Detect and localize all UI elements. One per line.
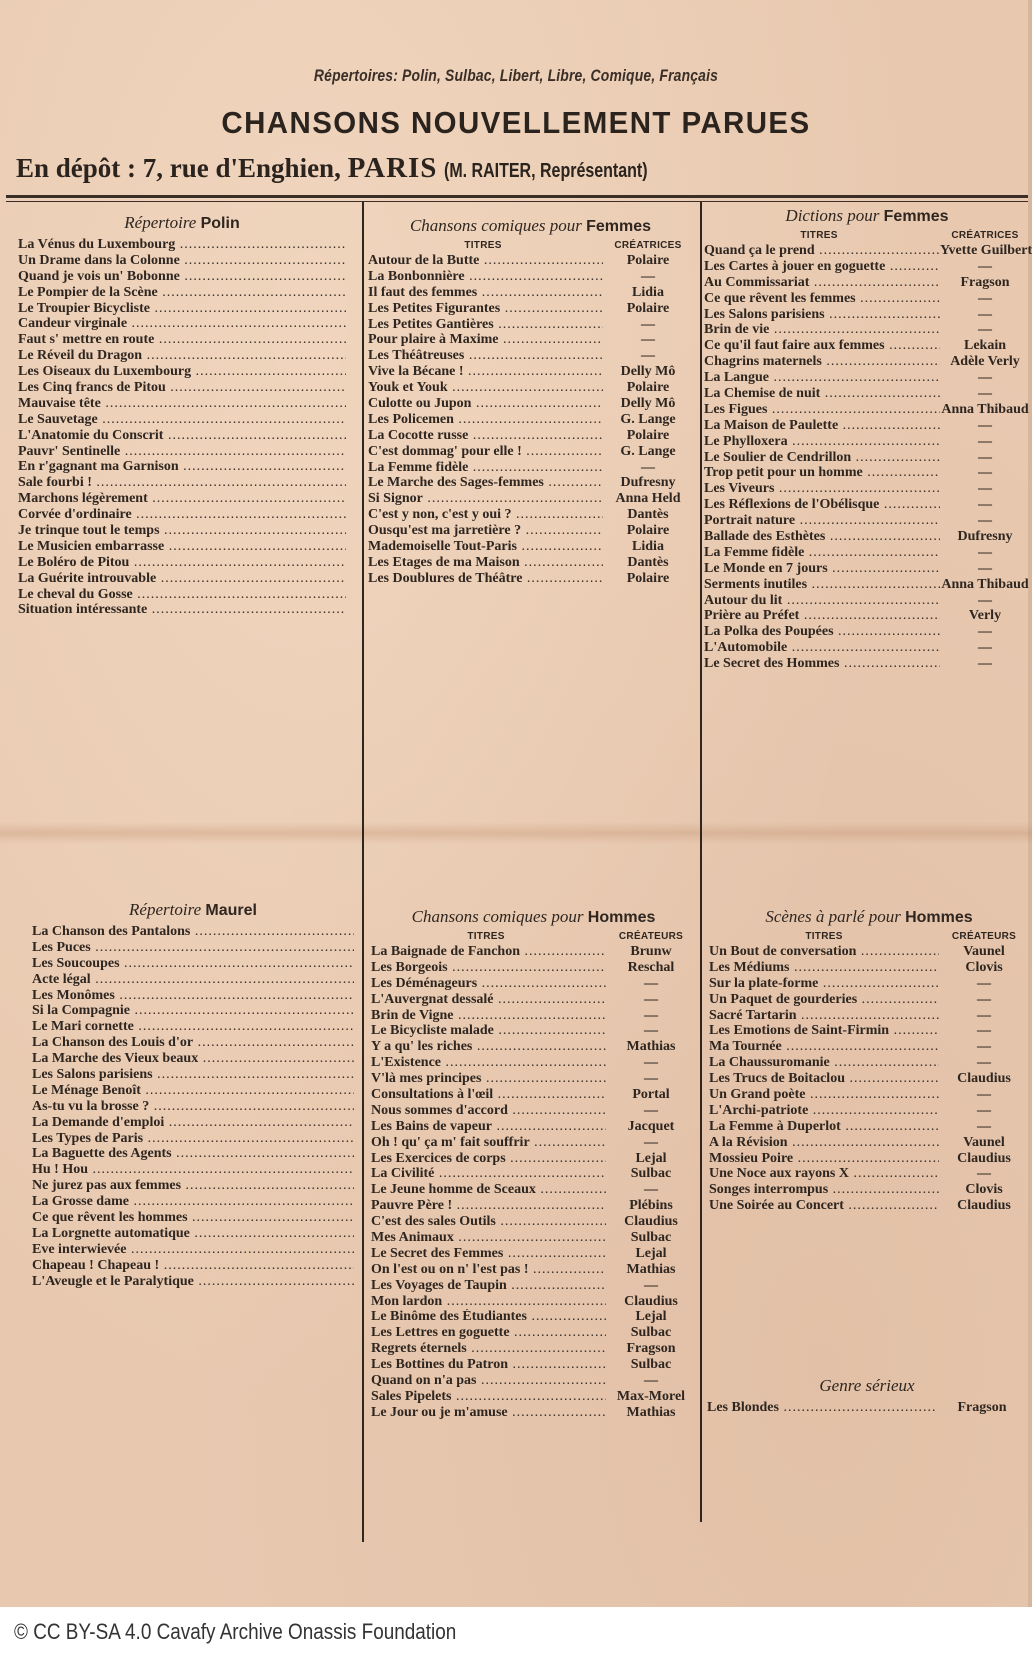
list-item: Il faut des femmesLidia bbox=[368, 285, 693, 301]
list-item: Mauvaise tête bbox=[18, 396, 346, 412]
column-headers: TITRES CRÉATEURS bbox=[709, 931, 1029, 942]
list-item: Quand ça le prendYvette Guilbert bbox=[704, 243, 1030, 259]
list-item: La Grosse dame bbox=[32, 1194, 354, 1210]
song-title: Les Puces bbox=[32, 940, 354, 956]
list-item: Une Noce aux rayons X— bbox=[709, 1166, 1029, 1182]
creator-name: — bbox=[606, 976, 696, 992]
song-title: Brin de vie bbox=[704, 322, 940, 338]
song-title: Consultations à l'œil bbox=[371, 1087, 606, 1103]
section-title: Répertoire Maurel bbox=[32, 900, 354, 920]
document-page: Répertoires: Polin, Sulbac, Libert, Libr… bbox=[0, 0, 1032, 1607]
creator-name: Lekain bbox=[940, 338, 1030, 354]
creator-name: — bbox=[939, 1087, 1029, 1103]
list-item: Je trinque tout le temps bbox=[18, 523, 346, 539]
list-item: Serments inutilesAnna Thibaud bbox=[704, 577, 1030, 593]
song-title: Les Types de Paris bbox=[32, 1131, 354, 1147]
song-title: Ballade des Esthètes bbox=[704, 529, 940, 545]
song-title: Le Marche des Sages-femmes bbox=[368, 475, 603, 491]
song-title: Les Borgeois bbox=[371, 960, 606, 976]
list-item: Culotte ou JuponDelly Mô bbox=[368, 396, 693, 412]
list-item: Brin de vie— bbox=[704, 322, 1030, 338]
list-item: Si la Compagnie bbox=[32, 1003, 354, 1019]
song-title: Quand ça le prend bbox=[704, 243, 940, 259]
list-item: Hu ! Hou bbox=[32, 1162, 354, 1178]
list-item: Le Jeune homme de Sceaux— bbox=[371, 1182, 696, 1198]
creator-name: Verly bbox=[940, 608, 1030, 624]
song-title: Si la Compagnie bbox=[32, 1003, 354, 1019]
copyright-credit: © CC BY-SA 4.0 Cavafy Archive Onassis Fo… bbox=[14, 1619, 456, 1645]
list-item: Les Bains de vapeurJacquet bbox=[371, 1119, 696, 1135]
creator-name: — bbox=[940, 545, 1030, 561]
list-item: Le Ménage Benoît bbox=[32, 1083, 354, 1099]
repertoires-line: Répertoires: Polin, Sulbac, Libert, Libr… bbox=[93, 66, 939, 86]
section-genre-serieux: Genre sérieux Les BlondesFragson bbox=[707, 1376, 1027, 1416]
list-item: La Maison de Paulette— bbox=[704, 418, 1030, 434]
creator-name: Plébins bbox=[606, 1198, 696, 1214]
list-item: Les Emotions de Saint-Firmin— bbox=[709, 1023, 1029, 1039]
song-title: Ne jurez pas aux femmes bbox=[32, 1178, 354, 1194]
song-title: Les Bains de vapeur bbox=[371, 1119, 606, 1135]
section-repertoire-maurel: Répertoire Maurel La Chanson des Pantalo… bbox=[32, 900, 354, 1289]
list-item: Le Troupier Bicycliste bbox=[18, 301, 346, 317]
creator-name: Sulbac bbox=[606, 1230, 696, 1246]
song-title: Pauvre Père ! bbox=[371, 1198, 606, 1214]
song-title: Les Monômes bbox=[32, 988, 354, 1004]
list-item: Les FiguesAnna Thibaud bbox=[704, 402, 1030, 418]
creator-name: — bbox=[939, 1103, 1029, 1119]
creator-name: — bbox=[606, 1071, 696, 1087]
creator-name: — bbox=[606, 1103, 696, 1119]
song-title: Les Cinq francs de Pitou bbox=[18, 380, 346, 396]
song-title: Faut s' mettre en route bbox=[18, 332, 346, 348]
song-title: Les Théâtreuses bbox=[368, 348, 603, 364]
song-title: Autour du lit bbox=[704, 593, 940, 609]
creator-name: — bbox=[939, 1119, 1029, 1135]
list-item: Consultations à l'œilPortal bbox=[371, 1087, 696, 1103]
list-item: Sur la plate-forme— bbox=[709, 976, 1029, 992]
list-item: Le Jour ou je m'amuseMathias bbox=[371, 1405, 696, 1421]
list-item: L'Automobile— bbox=[704, 640, 1030, 656]
creator-name: Yvette Guilbert bbox=[940, 243, 1030, 259]
song-title: V'là mes principes bbox=[371, 1071, 606, 1087]
creator-name: Delly Mô bbox=[603, 364, 693, 380]
song-title: Les Soucoupes bbox=[32, 956, 354, 972]
song-title: L'Archi-patriote bbox=[709, 1103, 939, 1119]
depot-address-line: En dépôt : 7, rue d'Enghien, PARIS (M. R… bbox=[16, 152, 1026, 185]
song-title: Serments inutiles bbox=[704, 577, 940, 593]
song-title: La Civilité bbox=[371, 1166, 606, 1182]
creator-name: Polaire bbox=[603, 380, 693, 396]
creator-name: Polaire bbox=[603, 428, 693, 444]
song-title: Une Noce aux rayons X bbox=[709, 1166, 939, 1182]
list-item: Ma Tournée— bbox=[709, 1039, 1029, 1055]
creator-name: — bbox=[606, 992, 696, 1008]
list-item: Pauvre Père !Plébins bbox=[371, 1198, 696, 1214]
list-item: La Guérite introuvable bbox=[18, 571, 346, 587]
creator-name: Sulbac bbox=[606, 1166, 696, 1182]
creator-name: — bbox=[603, 460, 693, 476]
song-title: Les Lettres en goguette bbox=[371, 1325, 606, 1341]
song-title: La Bonbonnière bbox=[368, 269, 603, 285]
list-item: Les BorgeoisReschal bbox=[371, 960, 696, 976]
list-item: Ousqu'est ma jarretière ?Polaire bbox=[368, 523, 693, 539]
creator-name: Sulbac bbox=[606, 1357, 696, 1373]
section-title: Scènes à parlé pour Hommes bbox=[709, 907, 1029, 927]
creator-name: — bbox=[603, 317, 693, 333]
list-item: La Chanson des Louis d'or bbox=[32, 1035, 354, 1051]
song-title: Vive la Bécane ! bbox=[368, 364, 603, 380]
list-item: Les Types de Paris bbox=[32, 1131, 354, 1147]
song-title: La Langue bbox=[704, 370, 940, 386]
song-title: Trop petit pour un homme bbox=[704, 465, 940, 481]
list-item: Brin de Vigne— bbox=[371, 1008, 696, 1024]
list-item: Ne jurez pas aux femmes bbox=[32, 1178, 354, 1194]
song-title: Ce que rêvent les hommes bbox=[32, 1210, 354, 1226]
list-item: Le Réveil du Dragon bbox=[18, 348, 346, 364]
song-title: Le Jeune homme de Sceaux bbox=[371, 1182, 606, 1198]
list-item: Le Secret des Hommes— bbox=[704, 656, 1030, 672]
creator-name: — bbox=[606, 1055, 696, 1071]
creator-name: Portal bbox=[606, 1087, 696, 1103]
song-title: On l'est ou on n' l'est pas ! bbox=[371, 1262, 606, 1278]
list-item: Sacré Tartarin— bbox=[709, 1008, 1029, 1024]
list-item: Les MédiumsClovis bbox=[709, 960, 1029, 976]
creator-name: — bbox=[940, 434, 1030, 450]
list-item: Candeur virginale bbox=[18, 316, 346, 332]
song-title: Mademoiselle Tout-Paris bbox=[368, 539, 603, 555]
list-item: Les Monômes bbox=[32, 988, 354, 1004]
song-title: L'Existence bbox=[371, 1055, 606, 1071]
song-title: Le Mari cornette bbox=[32, 1019, 354, 1035]
section-title: Chansons comiques pour Femmes bbox=[368, 216, 693, 236]
song-title: Les Réflexions de l'Obélisque bbox=[704, 497, 940, 513]
song-title: Mes Animaux bbox=[371, 1230, 606, 1246]
song-title: Je trinque tout le temps bbox=[18, 523, 346, 539]
list-item: Regrets éternelsFragson bbox=[371, 1341, 696, 1357]
song-title: Ousqu'est ma jarretière ? bbox=[368, 523, 603, 539]
section-chansons-hommes: Chansons comiques pour Hommes TITRES CRÉ… bbox=[371, 907, 696, 1421]
list-item: On l'est ou on n' l'est pas !Mathias bbox=[371, 1262, 696, 1278]
column-headers: TITRES CRÉATRICES bbox=[368, 240, 693, 251]
creator-name: — bbox=[606, 1373, 696, 1389]
creator-name: — bbox=[940, 322, 1030, 338]
fold-stain bbox=[0, 822, 1032, 844]
creator-name: Adèle Verly bbox=[940, 354, 1030, 370]
list-item: Le cheval du Gosse bbox=[18, 587, 346, 603]
song-title: Portrait nature bbox=[704, 513, 940, 529]
creator-name: Fragson bbox=[606, 1341, 696, 1357]
song-title: Prière au Préfet bbox=[704, 608, 940, 624]
list-item: Sale fourbi ! bbox=[18, 475, 346, 491]
list-item: Le Monde en 7 jours— bbox=[704, 561, 1030, 577]
creator-name: Anna Held bbox=[603, 491, 693, 507]
creator-name: — bbox=[940, 259, 1030, 275]
list-item: Songes interrompusClovis bbox=[709, 1182, 1029, 1198]
list-item: La Polka des Poupées— bbox=[704, 624, 1030, 640]
list-item: Mes AnimauxSulbac bbox=[371, 1230, 696, 1246]
song-title: Un Bout de conversation bbox=[709, 944, 939, 960]
list-item: La Chaussuromanie— bbox=[709, 1055, 1029, 1071]
song-title: Les Petites Gantières bbox=[368, 317, 603, 333]
creator-name: — bbox=[940, 593, 1030, 609]
list-item: La Marche des Vieux beaux bbox=[32, 1051, 354, 1067]
list-item: Pauvr' Sentinelle bbox=[18, 444, 346, 460]
list-item: Ce que rêvent les hommes bbox=[32, 1210, 354, 1226]
creator-name: — bbox=[939, 976, 1029, 992]
creator-name: — bbox=[940, 481, 1030, 497]
header-rule-thick bbox=[6, 195, 1028, 198]
list-item: C'est dommag' pour elle !G. Lange bbox=[368, 444, 693, 460]
list-item: V'là mes principes— bbox=[371, 1071, 696, 1087]
creator-name: — bbox=[940, 561, 1030, 577]
creator-name: — bbox=[603, 332, 693, 348]
song-title: Hu ! Hou bbox=[32, 1162, 354, 1178]
song-title: Acte légal bbox=[32, 972, 354, 988]
song-title: Le Sauvetage bbox=[18, 412, 346, 428]
list-item: C'est des sales OutilsClaudius bbox=[371, 1214, 696, 1230]
song-title: Regrets éternels bbox=[371, 1341, 606, 1357]
song-title: L'Aveugle et le Paralytique bbox=[32, 1274, 354, 1290]
list-item: Sales PipeletsMax-Morel bbox=[371, 1389, 696, 1405]
song-title: Chagrins maternels bbox=[704, 354, 940, 370]
list-item: Les Exercices de corpsLejal bbox=[371, 1151, 696, 1167]
list-item: Les Voyages de Taupin— bbox=[371, 1278, 696, 1294]
creator-name: Polaire bbox=[603, 301, 693, 317]
song-title: Le cheval du Gosse bbox=[18, 587, 346, 603]
list-item: L'Existence— bbox=[371, 1055, 696, 1071]
creator-name: — bbox=[940, 386, 1030, 402]
song-title: Ce qu'il faut faire aux femmes bbox=[704, 338, 940, 354]
creator-name: Sulbac bbox=[606, 1325, 696, 1341]
song-title: La Marche des Vieux beaux bbox=[32, 1051, 354, 1067]
song-title: La Femme à Duperlot bbox=[709, 1119, 939, 1135]
song-title: Les Figues bbox=[704, 402, 940, 418]
list-item: Les Doublures de ThéâtrePolaire bbox=[368, 571, 693, 587]
song-title: C'est y non, c'est y oui ? bbox=[368, 507, 603, 523]
section-chansons-femmes: Chansons comiques pour Femmes TITRES CRÉ… bbox=[368, 216, 693, 587]
song-title: Y a qu' les riches bbox=[371, 1039, 606, 1055]
creator-name: G. Lange bbox=[603, 412, 693, 428]
creator-name: Dufresny bbox=[603, 475, 693, 491]
song-title: Les Blondes bbox=[707, 1400, 937, 1416]
song-title: Les Emotions de Saint-Firmin bbox=[709, 1023, 939, 1039]
song-title: As-tu vu la brosse ? bbox=[32, 1099, 354, 1115]
song-title: Songes interrompus bbox=[709, 1182, 939, 1198]
song-title: Les Salons parisiens bbox=[32, 1067, 354, 1083]
song-title: Le Phylloxera bbox=[704, 434, 940, 450]
section-title: Genre sérieux bbox=[707, 1376, 1027, 1396]
song-title: Les Doublures de Théâtre bbox=[368, 571, 603, 587]
creator-name: — bbox=[939, 1166, 1029, 1182]
song-title: Si Signor bbox=[368, 491, 603, 507]
creator-name: — bbox=[940, 640, 1030, 656]
song-title: Mossieu Poire bbox=[709, 1151, 939, 1167]
creator-name: — bbox=[940, 497, 1030, 513]
list-item: Youk et YoukPolaire bbox=[368, 380, 693, 396]
song-title: C'est des sales Outils bbox=[371, 1214, 606, 1230]
creator-name: Anna Thibaud bbox=[940, 577, 1030, 593]
song-title: Sur la plate-forme bbox=[709, 976, 939, 992]
list-item: La Femme fidèle— bbox=[368, 460, 693, 476]
list-item: Les Etages de ma MaisonDantès bbox=[368, 555, 693, 571]
list-item: Les Viveurs— bbox=[704, 481, 1030, 497]
song-title: Mauvaise tête bbox=[18, 396, 346, 412]
list-item: Les Oiseaux du Luxembourg bbox=[18, 364, 346, 380]
list-item: Oh ! qu' ça m' fait souffrir— bbox=[371, 1135, 696, 1151]
creator-name: Brunw bbox=[606, 944, 696, 960]
list-item: La CivilitéSulbac bbox=[371, 1166, 696, 1182]
list-item: Les PolicemenG. Lange bbox=[368, 412, 693, 428]
creator-name: Clovis bbox=[939, 960, 1029, 976]
list-item: Chapeau ! Chapeau ! bbox=[32, 1258, 354, 1274]
list-item: As-tu vu la brosse ? bbox=[32, 1099, 354, 1115]
song-title: Une Soirée au Concert bbox=[709, 1198, 939, 1214]
creator-name: Mathias bbox=[606, 1039, 696, 1055]
list-item: La Bonbonnière— bbox=[368, 269, 693, 285]
song-title: Youk et Youk bbox=[368, 380, 603, 396]
depot-representative: (M. RAITER, Représentant) bbox=[444, 160, 648, 183]
creator-name: — bbox=[940, 418, 1030, 434]
depot-city: PARIS bbox=[348, 152, 438, 184]
song-title: Les Viveurs bbox=[704, 481, 940, 497]
list-item: Le Soulier de Cendrillon— bbox=[704, 450, 1030, 466]
song-title: Les Déménageurs bbox=[371, 976, 606, 992]
song-title: La Demande d'emploi bbox=[32, 1115, 354, 1131]
list-item: Chagrins maternelsAdèle Verly bbox=[704, 354, 1030, 370]
column-divider-right bbox=[700, 202, 702, 1522]
section-title: Répertoire Polin bbox=[18, 213, 346, 233]
song-title: Les Petites Figurantes bbox=[368, 301, 603, 317]
song-title: Les Exercices de corps bbox=[371, 1151, 606, 1167]
depot-prefix: En dépôt : 7, rue d'Enghien, bbox=[16, 153, 348, 183]
section-title: Chansons comiques pour Hommes bbox=[371, 907, 696, 927]
list-item: Le Sauvetage bbox=[18, 412, 346, 428]
song-title: Eve interwievée bbox=[32, 1242, 354, 1258]
list-item: Corvée d'ordinaire bbox=[18, 507, 346, 523]
song-title: Ce que rêvent les femmes bbox=[704, 291, 940, 307]
list-item: En r'gagnant ma Garnison bbox=[18, 459, 346, 475]
list-item: Acte légal bbox=[32, 972, 354, 988]
song-title: La Vénus du Luxembourg bbox=[18, 237, 346, 253]
song-title: Les Bottines du Patron bbox=[371, 1357, 606, 1373]
song-title: La Femme fidèle bbox=[704, 545, 940, 561]
list-item: La Lorgnette automatique bbox=[32, 1226, 354, 1242]
song-title: Le Monde en 7 jours bbox=[704, 561, 940, 577]
creator-name: — bbox=[939, 1023, 1029, 1039]
song-title: Culotte ou Jupon bbox=[368, 396, 603, 412]
song-title: Les Salons parisiens bbox=[704, 307, 940, 323]
section-scenes-hommes: Scènes à parlé pour Hommes TITRES CRÉATE… bbox=[709, 907, 1029, 1214]
song-title: La Baguette des Agents bbox=[32, 1146, 354, 1162]
creator-name: Polaire bbox=[603, 571, 693, 587]
list-item: Quand je vois un' Bobonne bbox=[18, 269, 346, 285]
song-title: A la Révision bbox=[709, 1135, 939, 1151]
creator-name: Reschal bbox=[606, 960, 696, 976]
list-item: Le Mari cornette bbox=[32, 1019, 354, 1035]
list-item: La Baguette des Agents bbox=[32, 1146, 354, 1162]
list-item: Eve interwievée bbox=[32, 1242, 354, 1258]
song-title: L'Automobile bbox=[704, 640, 940, 656]
list-item: Un Bout de conversationVaunel bbox=[709, 944, 1029, 960]
song-title: La Chanson des Pantalons bbox=[32, 924, 354, 940]
song-title: Le Bicycliste malade bbox=[371, 1023, 606, 1039]
creator-name: — bbox=[940, 370, 1030, 386]
song-title: Les Policemen bbox=[368, 412, 603, 428]
list-item: C'est y non, c'est y oui ?Dantès bbox=[368, 507, 693, 523]
list-item: Le Secret des FemmesLejal bbox=[371, 1246, 696, 1262]
creator-name: — bbox=[606, 1023, 696, 1039]
creator-name: — bbox=[606, 1182, 696, 1198]
creator-name: Lejal bbox=[606, 1151, 696, 1167]
song-title: Sacré Tartarin bbox=[709, 1008, 939, 1024]
song-title: Autour de la Butte bbox=[368, 253, 603, 269]
song-title: Le Pompier de la Scène bbox=[18, 285, 346, 301]
song-title: Le Secret des Hommes bbox=[704, 656, 940, 672]
creator-name: — bbox=[940, 624, 1030, 640]
list-item: Les Lettres en goguetteSulbac bbox=[371, 1325, 696, 1341]
list-item: Autour du lit— bbox=[704, 593, 1030, 609]
list-item: Le Phylloxera— bbox=[704, 434, 1030, 450]
list-item: La Cocotte russePolaire bbox=[368, 428, 693, 444]
list-item: Si SignorAnna Held bbox=[368, 491, 693, 507]
creator-name: Dantès bbox=[603, 555, 693, 571]
song-title: Le Troupier Bicycliste bbox=[18, 301, 346, 317]
song-title: Les Voyages de Taupin bbox=[371, 1278, 606, 1294]
creator-name: Delly Mô bbox=[603, 396, 693, 412]
creator-name: Mathias bbox=[606, 1405, 696, 1421]
creator-name: Vaunel bbox=[939, 1135, 1029, 1151]
creator-name: Dufresny bbox=[940, 529, 1030, 545]
song-title: La Baignade de Fanchon bbox=[371, 944, 606, 960]
song-title: Pour plaire à Maxime bbox=[368, 332, 603, 348]
creator-name: Lejal bbox=[606, 1246, 696, 1262]
song-title: La Guérite introuvable bbox=[18, 571, 346, 587]
song-title: Mon lardon bbox=[371, 1294, 606, 1310]
list-item: Vive la Bécane !Delly Mô bbox=[368, 364, 693, 380]
creator-name: Polaire bbox=[603, 253, 693, 269]
song-title: La Chaussuromanie bbox=[709, 1055, 939, 1071]
song-title: Ma Tournée bbox=[709, 1039, 939, 1055]
creator-name: Lejal bbox=[606, 1309, 696, 1325]
song-title: Un Drame dans la Colonne bbox=[18, 253, 346, 269]
creator-name: — bbox=[940, 291, 1030, 307]
song-title: Quand on n'a pas bbox=[371, 1373, 606, 1389]
song-title: La Femme fidèle bbox=[368, 460, 603, 476]
song-title: Corvée d'ordinaire bbox=[18, 507, 346, 523]
creator-name: Claudius bbox=[939, 1198, 1029, 1214]
song-title: Situation intéressante bbox=[18, 602, 346, 618]
song-title: Le Réveil du Dragon bbox=[18, 348, 346, 364]
list-item: La Langue— bbox=[704, 370, 1030, 386]
creator-name: — bbox=[606, 1135, 696, 1151]
list-item: Les Petites Gantières— bbox=[368, 317, 693, 333]
list-item: L'Archi-patriote— bbox=[709, 1103, 1029, 1119]
creator-name: Polaire bbox=[603, 523, 693, 539]
list-item: Mon lardonClaudius bbox=[371, 1294, 696, 1310]
song-title: Chapeau ! Chapeau ! bbox=[32, 1258, 354, 1274]
creator-name: — bbox=[603, 348, 693, 364]
creator-name: — bbox=[606, 1278, 696, 1294]
song-title: Oh ! qu' ça m' fait souffrir bbox=[371, 1135, 606, 1151]
list-item: La Vénus du Luxembourg bbox=[18, 237, 346, 253]
list-item: Ce qu'il faut faire aux femmesLekain bbox=[704, 338, 1030, 354]
creator-name: Lidia bbox=[603, 285, 693, 301]
creator-name: — bbox=[606, 1008, 696, 1024]
creator-name: — bbox=[940, 513, 1030, 529]
song-title: Les Oiseaux du Luxembourg bbox=[18, 364, 346, 380]
list-item: La Chanson des Pantalons bbox=[32, 924, 354, 940]
list-item: Les Salons parisiens— bbox=[704, 307, 1030, 323]
